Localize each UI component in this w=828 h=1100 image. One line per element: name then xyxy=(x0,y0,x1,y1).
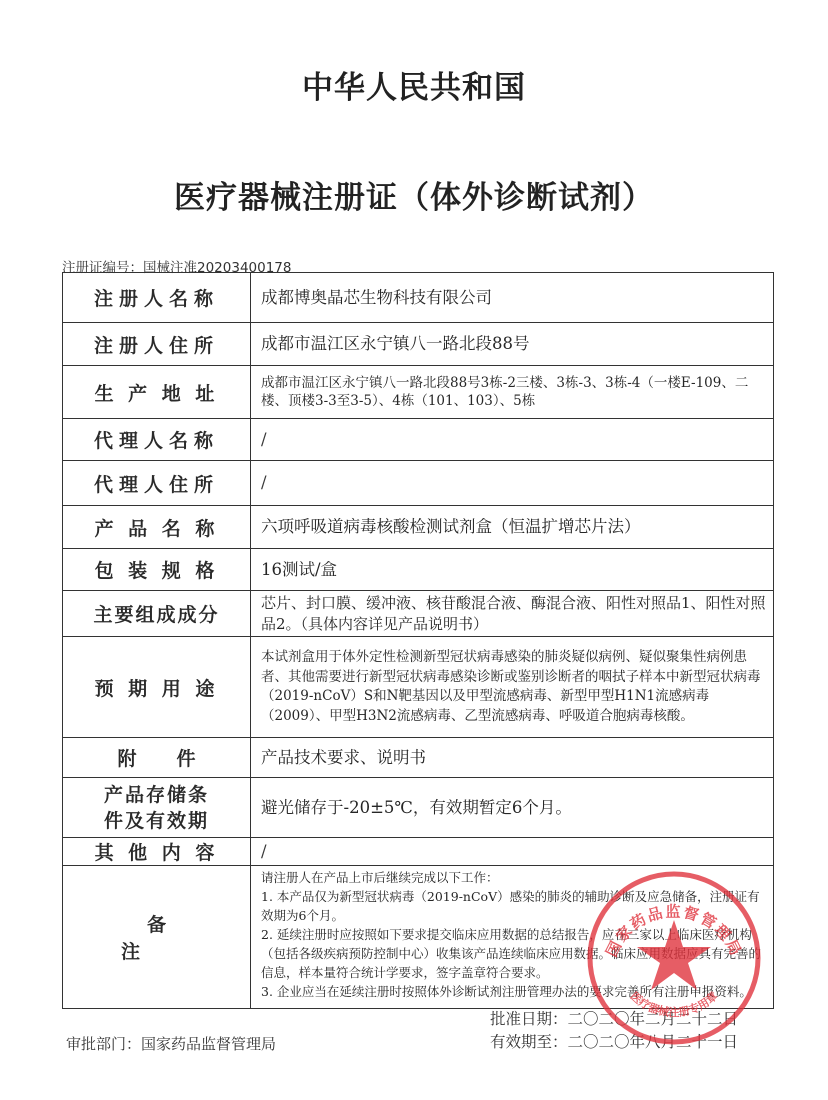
approval-department: 审批部门：国家药品监督管理局 xyxy=(66,1033,276,1054)
remarks-intro: 请注册人在产品上市后继续完成以下工作： xyxy=(261,868,769,887)
label-other: 其 他 内 容 xyxy=(63,838,251,866)
row-intended-use: 预 期 用 途 本试剂盒用于体外定性检测新型冠状病毒感染的肺炎疑似病例、疑似聚集… xyxy=(63,637,774,738)
value-agent-name: / xyxy=(251,419,774,461)
row-registrant-address: 注册人住所 成都市温江区永宁镇八一路北段88号 xyxy=(63,323,774,366)
footer-dates: 批准日期：二〇二〇年二月二十二日 有效期至：二〇二〇年八月二十一日 xyxy=(490,1008,738,1054)
row-attachments: 附件 产品技术要求、说明书 xyxy=(63,738,774,778)
certificate-table: 注册人名称 成都博奥晶芯生物科技有限公司 注册人住所 成都市温江区永宁镇八一路北… xyxy=(62,272,774,1009)
label-package-spec: 包 装 规 格 xyxy=(63,549,251,591)
value-registrant-name: 成都博奥晶芯生物科技有限公司 xyxy=(251,273,774,323)
value-production-address: 成都市温江区永宁镇八一路北段88号3栋-2三楼、3栋-3、3栋-4（一楼E-10… xyxy=(251,366,774,419)
approval-date: 批准日期：二〇二〇年二月二十二日 xyxy=(490,1008,738,1031)
document-country-title: 中华人民共和国 xyxy=(0,62,828,107)
document-title: 医疗器械注册证（体外诊断试剂） xyxy=(0,172,828,217)
value-product-name: 六项呼吸道病毒核酸检测试剂盒（恒温扩增芯片法） xyxy=(251,506,774,549)
label-storage: 产品存储条 件及有效期 xyxy=(63,778,251,838)
label-production-address: 生 产 地 址 xyxy=(63,366,251,419)
row-other: 其 他 内 容 / xyxy=(63,838,774,866)
valid-until-date: 有效期至：二〇二〇年八月二十一日 xyxy=(490,1031,738,1054)
row-remarks: 备注 请注册人在产品上市后继续完成以下工作： 1. 本产品仅为新型冠状病毒（20… xyxy=(63,866,774,1009)
row-production-address: 生 产 地 址 成都市温江区永宁镇八一路北段88号3栋-2三楼、3栋-3、3栋-… xyxy=(63,366,774,419)
row-storage: 产品存储条 件及有效期 避光储存于-20±5℃，有效期暂定6个月。 xyxy=(63,778,774,838)
label-attachments: 附件 xyxy=(63,738,251,778)
row-agent-address: 代理人住所 / xyxy=(63,461,774,506)
remarks-item-2: 2. 延续注册时应按照如下要求提交临床应用数据的总结报告，应在三家以上临床医疗机… xyxy=(261,925,769,982)
label-intended-use: 预 期 用 途 xyxy=(63,637,251,738)
value-attachments: 产品技术要求、说明书 xyxy=(251,738,774,778)
row-agent-name: 代理人名称 / xyxy=(63,419,774,461)
label-registrant-address: 注册人住所 xyxy=(63,323,251,366)
value-registrant-address: 成都市温江区永宁镇八一路北段88号 xyxy=(251,323,774,366)
value-intended-use: 本试剂盒用于体外定性检测新型冠状病毒感染的肺炎疑似病例、疑似聚集性病例患者、其他… xyxy=(251,637,774,738)
value-main-components: 芯片、封口膜、缓冲液、核苷酸混合液、酶混合液、阳性对照品1、阳性对照品2。（具体… xyxy=(251,591,774,637)
remarks-item-3: 3. 企业应当在延续注册时按照体外诊断试剂注册管理办法的要求完善所有注册申报资料… xyxy=(261,982,769,1001)
remarks-item-1: 1. 本产品仅为新型冠状病毒（2019-nCoV）感染的肺炎的辅助诊断及应急储备… xyxy=(261,887,769,925)
label-main-components: 主要组成成分 xyxy=(63,591,251,637)
row-package-spec: 包 装 规 格 16测试/盒 xyxy=(63,549,774,591)
row-registrant-name: 注册人名称 成都博奥晶芯生物科技有限公司 xyxy=(63,273,774,323)
label-agent-address: 代理人住所 xyxy=(63,461,251,506)
row-main-components: 主要组成成分 芯片、封口膜、缓冲液、核苷酸混合液、酶混合液、阳性对照品1、阳性对… xyxy=(63,591,774,637)
value-other: / xyxy=(251,838,774,866)
value-agent-address: / xyxy=(251,461,774,506)
row-product-name: 产 品 名 称 六项呼吸道病毒核酸检测试剂盒（恒温扩增芯片法） xyxy=(63,506,774,549)
value-remarks: 请注册人在产品上市后继续完成以下工作： 1. 本产品仅为新型冠状病毒（2019-… xyxy=(251,866,774,1009)
label-remarks: 备注 xyxy=(63,866,251,1009)
label-agent-name: 代理人名称 xyxy=(63,419,251,461)
value-storage: 避光储存于-20±5℃，有效期暂定6个月。 xyxy=(251,778,774,838)
value-package-spec: 16测试/盒 xyxy=(251,549,774,591)
label-registrant-name: 注册人名称 xyxy=(63,273,251,323)
label-product-name: 产 品 名 称 xyxy=(63,506,251,549)
